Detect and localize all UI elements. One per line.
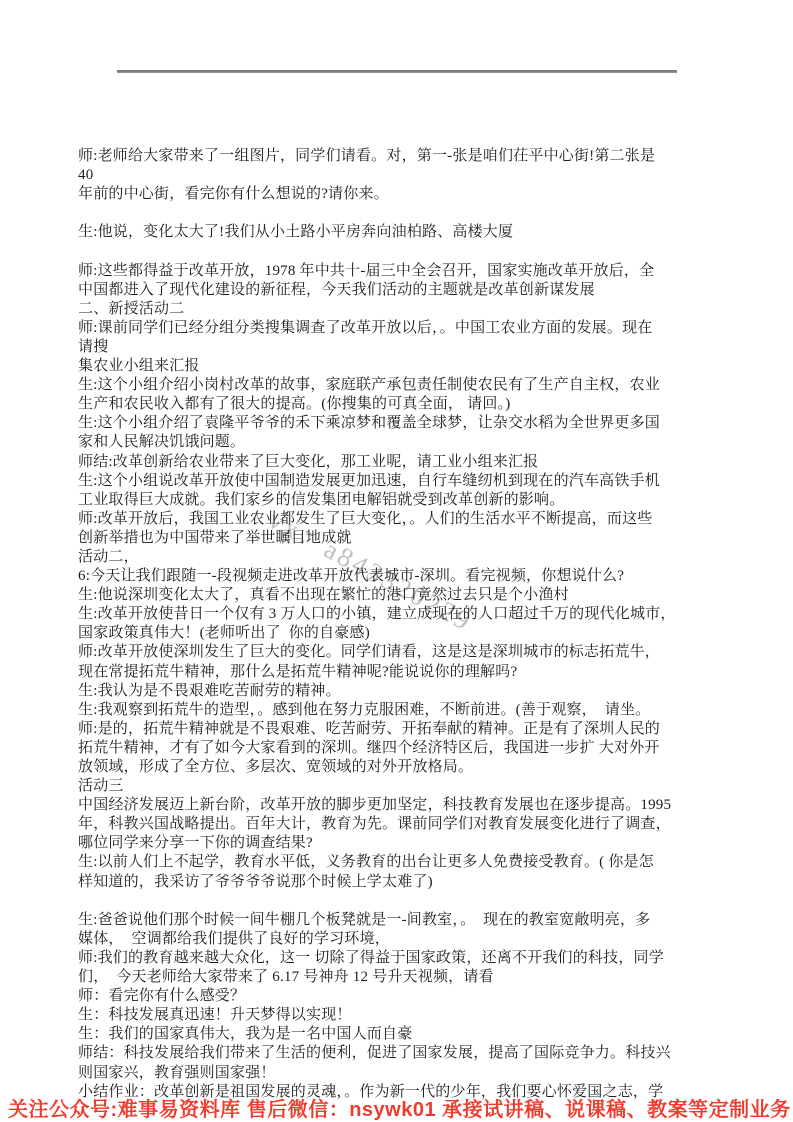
text-line: 师:我们的教育越来越大众化，这一 切除了得益于国家政策，还离不开我们的科技，同学 [78,949,728,968]
text-line [78,204,728,223]
text-line: 师:这些都得益于改革开放，1978 年中共十-届三中全会召开，国家实施改革开放后… [78,262,728,281]
text-line: 6:今天让我们跟随一-段视频走进改革开放代表城市-深圳。看完视频，你想说什么? [78,567,728,586]
text-line: 师:改革开放使深圳发生了巨大的变化。同学们请看，这是这是深圳城市的标志拓荒牛， [78,643,728,662]
text-line: 生:这个小组介绍小岗村改革的故事，家庭联产承包责任制使农民有了生产自主权，农业 [78,376,728,395]
text-line: 创新举措也为中国带来了举世瞩目地成就 [78,529,728,548]
text-line: 生:他说深圳变化太大了，真看不出现在繁忙的港口竟然过去只是个小渔村 [78,586,728,605]
text-line: 年，科教兴国战略提出。百年大计，教育为先。课前同学们对教育发展变化进行了调查， [78,815,728,834]
text-line: 生:我认为是不畏艰难吃苦耐劳的精神。 [78,682,728,701]
text-line: 现在常提拓荒牛精神，那什么是拓荒牛精神呢?能说说你的理解吗? [78,663,728,682]
text-line: 们， 今天老师给大家带来了 6.17 号神舟 12 号升天视频，请看 [78,968,728,987]
text-line: 师结：科技发展给我们带来了生活的便利，促进了国家发展，提高了国际竞争力。科技兴 [78,1044,728,1063]
text-line: 放领域，形成了全方位、多层次、宽领域的对外开放格局。 [78,758,728,777]
text-line: 生：我们的国家真伟大，我为是一名中国人而自豪 [78,1025,728,1044]
text-line: 生:我观察到拓荒牛的造型，。感到他在努力克服困难，不断前进。(善于观察， 请坐。 [78,701,728,720]
text-line: 生:以前人们上不起学，教育水平低，义务教育的出台让更多人免费接受教育。( 你是怎 [78,853,728,872]
text-line: 二、新授活动二 [78,300,728,319]
text-line: 生:他说，变化太大了!我们从小土路小平房奔向油柏路、高楼大厦 [78,223,728,242]
text-line [78,892,728,911]
text-line: 中国都进入了现代化建设的新征程，今天我们活动的主题就是改革创新谋发展 [78,281,728,300]
text-line: 生产和农民收入都有了很大的提高。(你搜集的可真全面， 请回。) [78,395,728,414]
text-line: 活动二， [78,548,728,567]
text-line: 中国经济发展迈上新台阶，改革开放的脚步更加坚定，科技教育发展也在逐步提高。199… [78,796,728,815]
text-line [78,242,728,261]
text-line: 国家政策真伟大！(老师听出了 你的自豪感) [78,624,728,643]
promo-footer-text: 关注公众号:难事易资料库 售后微信：nsywk01 承接试讲稿、说课稿、教案等定… [8,1099,791,1121]
text-line: 工业取得巨大成就。我们家乡的信发集团电解铝就受到改革创新的影响。 [78,491,728,510]
text-line: 师:老师给大家带来了一组图片，同学们请看。对，第一-张是咱们茌平中心街!第二张是 [78,147,728,166]
text-line: 师:课前同学们已经分组分类搜集调查了改革开放以后，。中国工农业方面的发展。现在 [78,319,728,338]
text-line: 媒体， 空调都给我们提供了良好的学习环境， [78,930,728,949]
text-line: 则国家兴，教育强则国家强！ [78,1064,728,1083]
document-body: 师:老师给大家带来了一组图片，同学们请看。对，第一-张是咱们茌平中心街!第二张是… [78,147,728,1102]
text-line: 师：看完你有什么感受？ [78,987,728,1006]
text-line: 家和人民解决饥饿问题。 [78,433,728,452]
text-line: 师:是的，拓荒牛精神就是不畏艰难、吃苦耐劳、开拓奉献的精神。正是有了深圳人民的 [78,720,728,739]
document-page: vx：a843320229 师:老师给大家带来了一组图片，同学们请看。对，第一-… [0,0,793,1122]
text-line: 请搜 [78,338,728,357]
text-line: 拓荒牛精神，才有了如今大家看到的深圳。继四个经济特区后，我国进一步扩 大对外开 [78,739,728,758]
text-line: 生:这个小组说改革开放使中国制造发展更加迅速，自行车缝纫机到现在的汽车高铁手机 [78,472,728,491]
text-line: 集农业小组来汇报 [78,357,728,376]
text-line: 活动三 [78,777,728,796]
text-line: 生：科技发展真迅速！升天梦得以实现！ [78,1006,728,1025]
text-line: 生:爸爸说他们那个时候一间牛棚几个板凳就是一-间教室，。 现在的教室宽敞明亮，多 [78,911,728,930]
text-line: 哪位同学来分享一下你的调查结果? [78,834,728,853]
text-line: 年前的中心街，看完你有什么想说的?请你来。 [78,185,728,204]
promo-footer: 关注公众号:难事易资料库 售后微信：nsywk01 承接试讲稿、说课稿、教案等定… [8,1099,793,1121]
header-rule [117,70,677,73]
text-line: 师结:改革创新给农业带来了巨大变化，那工业呢，请工业小组来汇报 [78,453,728,472]
text-line: 生:改革开放使昔日一个仅有 3 万人口的小镇，建立成现在的人口超过千万的现代化城… [78,605,728,624]
text-line: 师:改革开放后，我国工业农业都发生了巨大变化，。人们的生活水平不断提高，而这些 [78,510,728,529]
text-line: 40 [78,166,728,185]
text-line: 生:这个小组介绍了袁隆平爷爷的禾下乘凉梦和覆盖全球梦，让杂交水稻为全世界更多国 [78,414,728,433]
text-line: 样知道的，我采访了爷爷爷爷说那个时候上学太难了) [78,873,728,892]
